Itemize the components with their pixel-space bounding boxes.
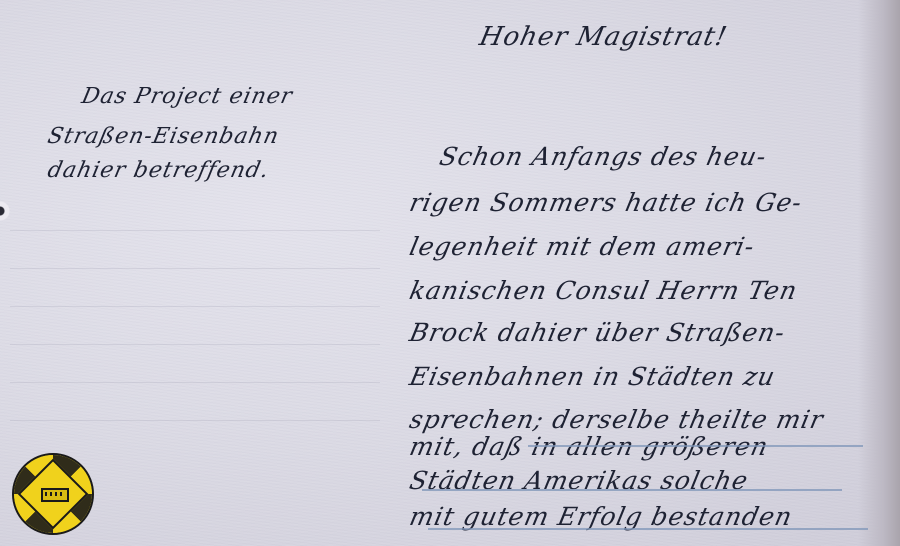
body-line: Eisenbahnen in Städten zu bbox=[407, 362, 778, 391]
faded-bleed-through-text bbox=[0, 210, 400, 440]
margin-note-line: Straßen-Eisenbahn bbox=[45, 124, 281, 149]
tram-icon bbox=[41, 488, 69, 502]
body-line: rigen Sommers hatte ich Ge- bbox=[407, 188, 805, 217]
margin-note-line: Das Project einer bbox=[79, 84, 295, 109]
body-line: mit gutem Erfolg bestanden bbox=[407, 502, 795, 531]
blue-underline bbox=[428, 528, 868, 530]
body-line: legenheit mit dem ameri- bbox=[407, 232, 758, 261]
body-line: kanischen Consul Herrn Ten bbox=[407, 276, 800, 305]
body-line: sprechen; derselbe theilte mir bbox=[407, 405, 827, 434]
margin-note-line: dahier betreffend. bbox=[45, 158, 271, 183]
body-line: Schon Anfangs des heu- bbox=[437, 142, 770, 171]
blue-underline bbox=[528, 445, 863, 447]
salutation: Hoher Magistrat! bbox=[477, 22, 730, 52]
body-line: Brock dahier über Straßen- bbox=[407, 318, 788, 347]
paper-edge-shadow bbox=[858, 0, 900, 546]
blue-underline bbox=[422, 489, 842, 491]
tram-emblem-logo bbox=[12, 453, 94, 535]
